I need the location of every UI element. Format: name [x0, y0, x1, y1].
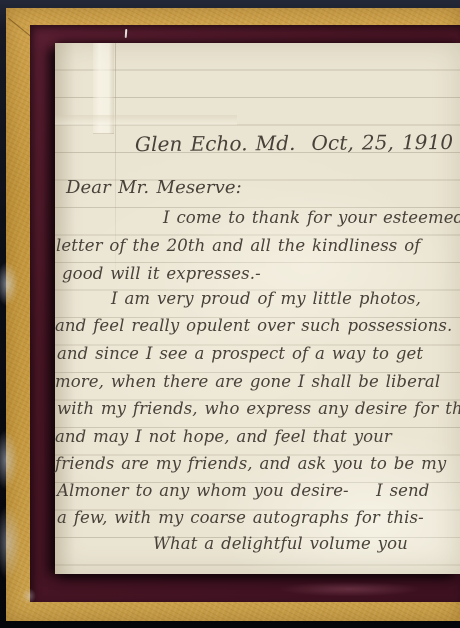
- letter-body-line: and since I see a prospect of a way to g…: [57, 344, 423, 363]
- letter-body-line: What a delightful volume you: [153, 534, 408, 553]
- white-speck-mark: [125, 29, 128, 38]
- letter-paper: Glen Echo. Md. Oct, 25, 1910 Dear Mr. Me…: [55, 43, 460, 574]
- letter-body-line: Almoner to any whom you desire- I send: [57, 481, 429, 500]
- letter-body-line: a few, with my coarse autographs for thi…: [57, 508, 424, 527]
- letter-body-line: and feel really opulent over such posses…: [55, 316, 452, 335]
- letter-body-line: I am very proud of my little photos,: [111, 289, 421, 308]
- glass-reflection-bottom: [250, 578, 450, 600]
- letter-body-line: I come to thank for your esteemed: [163, 208, 460, 227]
- letter-body-line: more, when there are gone I shall be lib…: [55, 372, 440, 391]
- letter-salutation: Dear Mr. Meserve:: [66, 177, 242, 198]
- letter-body-line: letter of the 20th and all the kindlines…: [56, 236, 420, 255]
- letter-dateline: Glen Echo. Md. Oct, 25, 1910: [135, 130, 453, 156]
- paper-fold-shadow: [55, 115, 237, 125]
- letter-body-line: with my friends, who express any desire …: [57, 399, 460, 418]
- letter-body-line: and may I not hope, and feel that your: [55, 427, 392, 446]
- letter-body-line: good will it expresses.-: [62, 264, 261, 283]
- letter-body-line: friends are my friends, and ask you to b…: [55, 454, 446, 473]
- framed-letter-photo: Glen Echo. Md. Oct, 25, 1910 Dear Mr. Me…: [0, 0, 460, 628]
